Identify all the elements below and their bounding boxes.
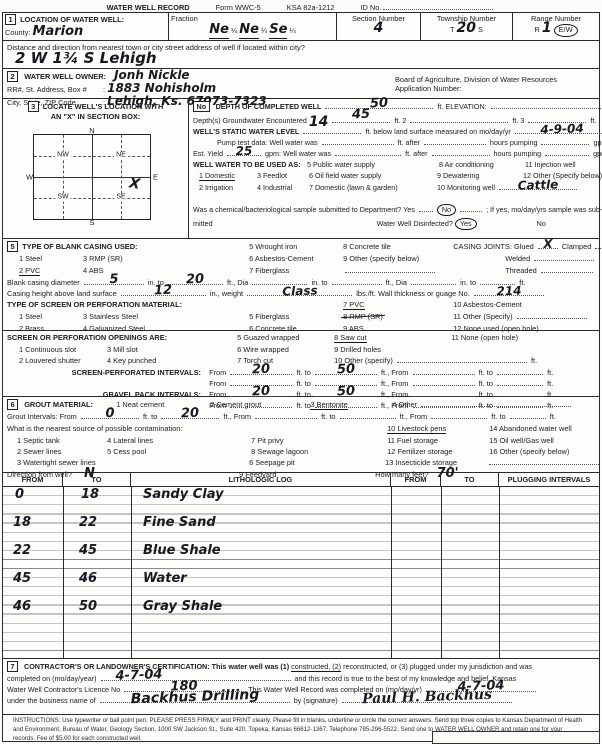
contam-other-blank: [489, 458, 599, 465]
compass-w: W: [26, 172, 33, 181]
grout-from3-blank: [431, 412, 487, 419]
yield-value: 25: [235, 145, 252, 158]
fraction-value: Ne ¼ Ne ¼ Se ¼: [171, 23, 334, 38]
use-option-1-selected: 1 Domestic: [199, 172, 235, 181]
openings-heading: SCREEN OR PERFORATION OPENINGS ARE:: [7, 333, 235, 342]
cert-line-2: completed on (mo/day/year) 4-7-04 and th…: [3, 672, 599, 683]
fraction-cell: Fraction Ne ¼ Ne ¼ Se ¼: [169, 13, 337, 40]
screen-intervals-label: SCREEN-PERFORATED INTERVALS:: [7, 368, 207, 377]
clamped-blank: [595, 242, 602, 249]
id-no-label: ID No.: [360, 3, 495, 12]
box5-number: 5: [7, 241, 18, 252]
grout-option-4: 4 Other: [392, 400, 417, 409]
height-value: 12: [154, 284, 173, 298]
depth-blank: 50: [325, 102, 433, 109]
yield-hours-blank: [432, 149, 490, 156]
welded-label: Welded: [505, 254, 530, 263]
owner-address-label: RR#, St. Address, Box #: [7, 85, 103, 94]
groundwater-depth-2: 45: [352, 108, 371, 122]
use-heading: WELL WATER TO BE USED AS:: [193, 160, 305, 169]
main-section: 3LOCATE WELL'S LOCATION WITH AN "X" IN S…: [3, 99, 599, 239]
map-dash-h2: [34, 198, 150, 199]
contam-option-6: 6 Seepage pit: [249, 458, 295, 467]
col-plugging-intervals: PLUGGING INTERVALS: [499, 473, 599, 486]
litho-desc: Water: [143, 571, 187, 587]
sample-yes-blank: [419, 205, 433, 212]
form-title: WATER WELL RECORD: [107, 3, 190, 12]
use-option-3: 3 Feedlot: [257, 171, 307, 180]
owner-section: 2 WATER WELL OWNER: Jonh Nickle RR#, St.…: [3, 69, 599, 99]
use-option-2: 2 Irrigation: [199, 183, 255, 192]
dia2-ft-blank: [332, 278, 382, 285]
cert-line-1: 7 CONTRACTOR'S OR LANDOWNER'S CERTIFICAT…: [3, 659, 599, 672]
diameter-blank: 5: [84, 278, 144, 285]
litho-to: 18: [81, 487, 99, 503]
opening-option-1: 1 Continuous slot: [19, 345, 107, 354]
litho-to: 46: [79, 571, 97, 587]
box6-number: 6: [7, 399, 18, 410]
grout-from-blank: 0: [81, 412, 139, 419]
screen-to-blank: 50: [315, 368, 377, 375]
cert-business-label: under the business name of: [7, 696, 96, 705]
col-from-1: FROM: [3, 473, 63, 486]
opening-option-4: 4 Key punched: [107, 356, 156, 365]
lithologic-table: FROM TO LITHOLOGIC LOG FROM TO PLUGGING …: [3, 473, 599, 659]
contam-option-4: 4 Lateral lines: [107, 436, 249, 445]
location-row: 1LOCATION OF WATER WELL: County: Marion …: [3, 13, 599, 41]
openings-section: SCREEN OR PERFORATION OPENINGS ARE: 5 Gu…: [3, 331, 599, 397]
contam-option-16: 16 Other (specify below): [489, 447, 569, 456]
certification-section: 7 CONTRACTOR'S OR LANDOWNER'S CERTIFICAT…: [3, 659, 599, 715]
form-number: Form WWC-5: [216, 3, 261, 12]
litho-to: 45: [79, 543, 97, 559]
screen-option-10: 10 Asbestos-Cement: [453, 300, 522, 309]
casing-option-8: 8 Concrete tile: [343, 242, 451, 251]
screen-from2-blank: [413, 368, 475, 375]
litho-from: 18: [13, 515, 31, 531]
county-label: County:: [5, 28, 30, 37]
well-location-x-mark: X: [128, 175, 141, 194]
grout-to-value: 20: [181, 407, 200, 421]
distance-value: 2 W 1¾ S Lehigh: [15, 52, 157, 64]
township-value: 20: [456, 23, 475, 34]
height-blank: 12: [121, 289, 206, 296]
use-option-10: 10 Monitoring well: [437, 183, 495, 192]
litho-row-1: 0 18 Sandy Clay: [3, 487, 599, 513]
diameter-ft-value: 20: [186, 272, 205, 286]
weight-blank: Class: [247, 289, 352, 296]
section-value: 4: [374, 23, 384, 34]
grout-from-value: 0: [105, 407, 114, 420]
litho-row-2: 18 22 Fine Sand: [3, 515, 599, 541]
screen-to-value: 50: [337, 362, 356, 376]
contam-option-10-selected: 10 Livestock pens: [387, 425, 446, 434]
screen-intervals-line-2: From ft. to ft., From ft. to ft.: [3, 377, 599, 388]
groundwater-blank-1: 45: [332, 116, 390, 123]
litho-row-3: 22 45 Blue Shale: [3, 543, 599, 569]
contam-option-13: 13 Insecticide storage: [385, 458, 485, 467]
quadrant-nw: NW: [55, 151, 71, 160]
screen-to4-blank: [497, 379, 543, 386]
range-cell: Range Number R 1 E/W: [513, 13, 599, 40]
locate-heading-1: LOCATE WELL'S LOCATION WITH: [43, 102, 164, 111]
contam-option-9-wrap: 6 Seepage pit: [249, 458, 383, 467]
use-option-6: 6 Oil field water supply: [309, 171, 435, 180]
screen-material-heading: TYPE OF SCREEN OR PERFORATION MATERIAL:: [7, 300, 247, 309]
grout-to-blank: 20: [161, 412, 219, 419]
cert-completed-label: completed on (mo/day/year): [7, 674, 97, 683]
contam-option-7: 7 Pit privy: [251, 436, 385, 445]
grout-intervals-label: Grout Intervals:: [7, 412, 58, 421]
casing-line-3: 2 PVC4 ABS 7 Fiberglass Threaded: [3, 264, 599, 276]
litho-to: 50: [79, 599, 97, 615]
elevation-blank: [491, 102, 602, 109]
use-option-5: 5 Public water supply: [307, 160, 437, 169]
quadrant-se: SE: [114, 193, 127, 202]
litho-to: 22: [79, 515, 97, 531]
compass-s: S: [89, 218, 94, 227]
grout-option-2: 2 Cement grout: [210, 400, 308, 409]
cert-business-value: Backhus Drilling: [130, 688, 259, 706]
litho-from: 46: [13, 599, 31, 615]
pump-ft-blank: [322, 138, 394, 145]
screen-intervals-line-1: SCREEN-PERFORATED INTERVALS: From 20 ft.…: [3, 366, 599, 377]
casing-line-1: 5TYPE OF BLANK CASING USED: 5 Wrought ir…: [3, 239, 599, 252]
compass-e: E: [153, 172, 158, 181]
casing-option-3: 3 RMP (SR): [83, 254, 123, 263]
lithologic-header-row: FROM TO LITHOLOGIC LOG FROM TO PLUGGING …: [3, 473, 599, 487]
office-use-box: [432, 731, 600, 744]
opening-option-5: 5 Guazed wrapped: [237, 333, 332, 342]
litho-from: 45: [13, 571, 31, 587]
use-other-value: Cattle: [517, 178, 558, 191]
contam-option-8: 8 Sewage lagoon: [251, 447, 385, 456]
casing-option-1: 1 Steel: [19, 254, 83, 263]
quadrant-sw: SW: [55, 193, 70, 202]
form-title-bar: WATER WELL RECORD Form WWC-5 KSA 82a-121…: [0, 0, 602, 12]
casing-section: 5TYPE OF BLANK CASING USED: 5 Wrought ir…: [3, 239, 599, 331]
screen-option-8-struck: 8 RMP (SR): [343, 312, 383, 321]
openings-line-1: SCREEN OR PERFORATION OPENINGS ARE: 5 Gu…: [3, 331, 599, 343]
section-cell: Section Number 4: [337, 13, 421, 40]
opening-option-2: 2 Louvered shutter: [19, 356, 107, 365]
litho-desc: Fine Sand: [143, 515, 216, 531]
col-from-2: FROM: [391, 473, 441, 486]
screen-material-line-1: TYPE OF SCREEN OR PERFORATION MATERIAL: …: [3, 298, 599, 310]
yield-line: Est. Yield 25 gpm: Well water was ft. af…: [189, 147, 599, 158]
casing-height-line: Casing height above land surface 12 in.,…: [3, 287, 599, 298]
owner-heading: WATER WELL OWNER:: [24, 72, 106, 81]
township-cell: Township Number T 20 S: [421, 13, 513, 40]
contamination-line-1: What is the nearest source of possible c…: [3, 422, 599, 434]
water-well-record-form: WATER WELL RECORD Form WWC-5 KSA 82a-121…: [0, 0, 602, 744]
threaded-label: Threaded: [505, 266, 537, 275]
screen-to2-blank: [497, 368, 543, 375]
cert-signature-blank: Paul H. Backhus: [342, 696, 512, 703]
compass-n: N: [89, 126, 94, 135]
static-level-line: WELL'S STATIC WATER LEVEL ft. below land…: [189, 125, 599, 136]
screen-from-blank: 20: [230, 368, 292, 375]
distance-section: Distance and direction from nearest town…: [3, 41, 599, 69]
static-date-blank: 4-9-04: [515, 127, 602, 134]
contamination-question: What is the nearest source of possible c…: [7, 424, 385, 433]
openings-line-2: 1 Continuous slot3 Mill slot 6 Wire wrap…: [3, 343, 599, 354]
casing-option-6: 6 Asbestos-Cement: [249, 254, 341, 263]
box1-number: 1: [5, 14, 16, 25]
casing-option-9: 9 Other (specify below): [343, 254, 451, 263]
grout-option-3-selected: 3 Bentonite: [310, 401, 347, 410]
opening-option-3: 3 Mill slot: [107, 345, 138, 354]
disinfected-no: No: [537, 219, 546, 228]
screen-option-5: 5 Fiberglass: [249, 312, 341, 321]
section-box-locator: 3LOCATE WELL'S LOCATION WITH AN "X" IN S…: [3, 99, 189, 239]
disinfected-yes-circled: Yes: [455, 218, 477, 230]
box2-number: 2: [7, 71, 18, 82]
casing-option-4: 4 ABS: [83, 266, 104, 275]
grout-to3-blank: [510, 412, 546, 419]
threaded-blank: [541, 266, 593, 273]
use-option-7: 7 Domestic (lawn & garden): [309, 183, 435, 192]
casing-joints-label: CASING JOINTS: Glued: [453, 242, 534, 251]
gauge-value: 214: [496, 284, 521, 297]
diameter-ft-blank: 20: [168, 278, 223, 285]
section-map: NW NE SW SE N S W E X: [33, 134, 151, 220]
pump-gpm-blank: [541, 138, 589, 145]
glued-blank: X: [538, 242, 558, 249]
casing-heading: TYPE OF BLANK CASING USED:: [22, 242, 137, 251]
cert-completed-value: 4-7-04: [115, 668, 162, 683]
groundwater-line: Depth(s) Groundwater Encountered 14 45 f…: [189, 112, 599, 125]
location-cell: 1LOCATION OF WATER WELL: County: Marion: [3, 13, 169, 40]
range-label: Range Number: [515, 14, 597, 23]
map-dash-v2: [121, 135, 122, 219]
grout-contamination-section: 6 GROUT MATERIAL: 1 Neat cement 2 Cement…: [3, 397, 599, 473]
screen-option-7-selected: 7 PVC: [343, 301, 364, 310]
casing-option-5: 5 Wrought iron: [249, 242, 341, 251]
gauge-blank: 214: [474, 289, 544, 296]
application-number-label: Application Number:: [395, 84, 595, 93]
owner-address: 1883 Nohisholm: [107, 84, 216, 94]
screen-material-line-2: 1 Steel3 Stainless Steel 5 Fiberglass 8 …: [3, 310, 599, 321]
use-other-blank: Cattle: [499, 183, 577, 190]
form-body: 1LOCATION OF WATER WELL: County: Marion …: [2, 12, 600, 742]
weight-value: Class: [282, 284, 318, 297]
sample-no-blank: [460, 205, 482, 212]
contam-option-14: 14 Abandoned water well: [489, 424, 572, 433]
id-no-blank: [383, 3, 493, 10]
lithologic-body: 0 18 Sandy Clay 18 22 Fine Sand 22 45 Bl…: [3, 487, 599, 659]
grout-intervals-line: Grout Intervals: From 0 ft. to 20 ft., F…: [3, 410, 599, 421]
screen-option-1: 1 Steel: [19, 312, 83, 321]
screen-other-blank: [517, 312, 587, 319]
agency-block: Board of Agriculture, Division of Water …: [395, 75, 595, 94]
cert-signature-value: Paul H. Backhus: [361, 688, 491, 707]
casing-option-7: 7 Fiberglass: [249, 266, 341, 275]
depth-line: No DEPTH OF COMPLETED WELL 50 ft. ELEVAT…: [189, 99, 599, 112]
casing-other-blank: [345, 266, 435, 273]
cert-line-4: under the business name of Backhus Drill…: [3, 694, 599, 705]
contamination-line-2: 1 Septic tank 4 Lateral lines 7 Pit priv…: [3, 434, 599, 445]
box7-number: 7: [7, 661, 18, 672]
sample-line: Was a chemical/bacteriological sample su…: [189, 192, 599, 216]
casing-option-2-selected: 2 PVC: [19, 267, 40, 276]
litho-desc: Gray Shale: [143, 599, 222, 615]
range-value: 1: [542, 23, 552, 34]
openings-line-3: 2 Louvered shutter4 Key punched 7 Torch …: [3, 354, 599, 365]
sample-no-circled: No: [437, 204, 456, 216]
instructions-line-1: INSTRUCTIONS: Use typewriter or ball poi…: [13, 717, 595, 726]
col-lithologic-log: LITHOLOGIC LOG: [131, 473, 391, 486]
yield-ft-blank: [335, 149, 401, 156]
depth-value: 50: [370, 97, 389, 111]
cert-business-blank: Backhus Drilling: [100, 696, 290, 703]
grout-from2-blank: [255, 412, 317, 419]
grout-line: 6 GROUT MATERIAL: 1 Neat cement 2 Cement…: [3, 397, 599, 410]
disinfected-label: Water Well Disinfected?: [377, 219, 453, 228]
use-option-4: 4 Industrial: [257, 183, 307, 192]
yield-gpm-blank: [545, 149, 589, 156]
screen-option-11: 11 Other (Specify): [453, 312, 512, 321]
litho-row-5: 46 50 Gray Shale: [3, 599, 599, 625]
clamped-label: Clamped: [562, 242, 592, 251]
grout-other-blank: [421, 400, 571, 407]
owner-name: Jonh Nickle: [114, 71, 189, 81]
contam-option-15: 15 Oil well/Gas well: [489, 436, 553, 445]
opening-option-6: 6 Wire wrapped: [237, 345, 332, 354]
locate-heading-2: AN "X" IN SECTION BOX:: [3, 112, 188, 121]
map-dash-h1: [34, 156, 150, 157]
diameter-value: 5: [109, 272, 118, 285]
static-level-blank: [303, 127, 361, 134]
quadrant-ne: NE: [114, 151, 128, 160]
welded-blank: [534, 254, 594, 261]
dia3-blank: [411, 278, 456, 285]
opening-other-blank: [397, 356, 527, 363]
contam-option-11: 11 Fuel storage: [387, 436, 487, 445]
county-value: Marion: [33, 27, 84, 37]
screen-from-value: 20: [252, 362, 271, 376]
use-line-3: 2 Irrigation 4 Industrial 7 Domestic (la…: [189, 181, 599, 192]
opening-option-11: 11 None (open hole): [451, 333, 518, 342]
contam-option-3: 3 Watertight sewer lines: [17, 458, 247, 467]
cert-license-label: Water Well Contractor's Licence No: [7, 685, 120, 694]
well-data-section: No DEPTH OF COMPLETED WELL 50 ft. ELEVAT…: [189, 99, 599, 239]
glued-x-mark: X: [543, 238, 553, 250]
box4-number: No: [193, 101, 210, 112]
casing-line-2: 1 Steel3 RMP (SR) 6 Asbestos-Cement 9 Ot…: [3, 252, 599, 263]
opening-option-8-selected: 8 Saw cut: [334, 334, 366, 343]
litho-from: 0: [15, 487, 24, 503]
use-option-8: 8 Air conditioning: [439, 160, 523, 169]
box3-number: 3: [28, 101, 39, 112]
screen-from4-blank: [413, 379, 475, 386]
use-option-11: 11 Injection well: [525, 160, 576, 169]
contam-option-12: 12 Fertilizer storage: [387, 447, 487, 456]
contam-option-5: 5 Cess pool: [107, 447, 249, 456]
yield-blank: 25: [227, 149, 261, 156]
cert-signature-label: by (signature): [294, 696, 338, 705]
use-line-1: WELL WATER TO BE USED AS: 5 Public water…: [189, 158, 599, 169]
litho-from: 22: [13, 543, 31, 559]
col-to-2: TO: [441, 473, 499, 486]
agency-name: Board of Agriculture, Division of Water …: [395, 75, 595, 84]
instructions-section: INSTRUCTIONS: Use typewriter or ball poi…: [3, 715, 599, 743]
groundwater-blank-2: [410, 116, 508, 123]
grout-to2-blank: [340, 412, 396, 419]
static-date-value: 4-9-04: [540, 122, 584, 136]
location-heading: LOCATION OF WATER WELL:: [20, 15, 124, 24]
col-to-1: TO: [63, 473, 131, 486]
cert-constructed-underlined: constructed, (2): [291, 663, 341, 672]
screen-option-3: 3 Stainless Steel: [83, 312, 138, 321]
disinfected-line: mitted Water Well Disinfected? Yes No: [189, 216, 599, 230]
litho-row-4: 45 46 Water: [3, 571, 599, 597]
grout-heading: GROUT MATERIAL:: [24, 400, 114, 409]
opening-option-9: 9 Drilled holes: [334, 345, 381, 354]
contamination-line-3: 2 Sewer lines 5 Cess pool 8 Sewage lagoo…: [3, 445, 599, 456]
cert-line-3: Water Well Contractor's Licence No 180 T…: [3, 683, 599, 694]
map-dash-v1: [63, 135, 64, 219]
contam-option-1: 1 Septic tank: [17, 436, 105, 445]
litho-desc: Blue Shale: [143, 543, 221, 559]
contam-option-2: 2 Sewer lines: [17, 447, 105, 456]
pump-hours-blank: [424, 138, 486, 145]
use-option-9: 9 Dewatering: [437, 171, 521, 180]
litho-desc: Sandy Clay: [143, 487, 224, 503]
range-ew-circled: E/W: [554, 24, 578, 36]
statute-ref: KSA 82a-1212: [287, 3, 335, 12]
